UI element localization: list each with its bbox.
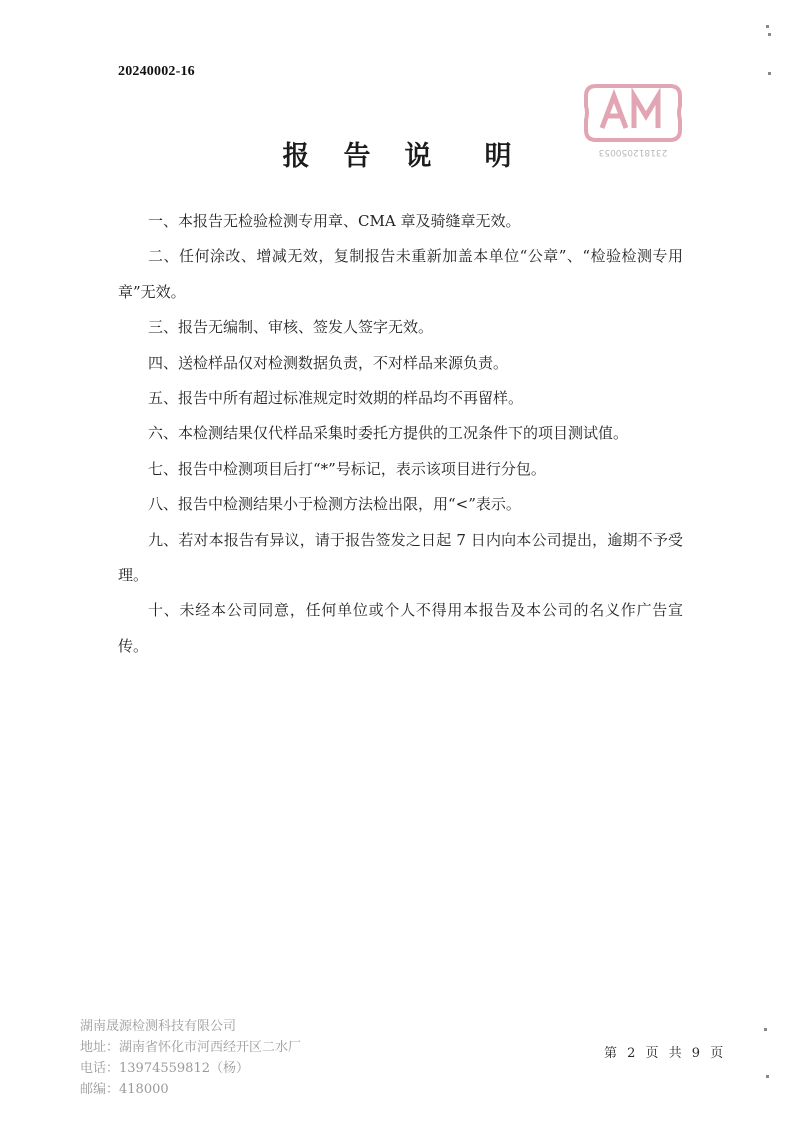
report-number: 20240002-16 <box>118 64 195 80</box>
document-page: 20240002-16 231812050053 报告说明 一、本报告无检验检测… <box>0 0 794 1123</box>
company-name: 湖南晟源检测科技有限公司 <box>80 1016 301 1037</box>
note-item: 三、报告无编制、审核、签发人签字无效。 <box>118 310 683 345</box>
note-item: 十、未经本公司同意，任何单位或个人不得用本报告及本公司的名义作广告宣传。 <box>118 593 683 664</box>
scan-mark <box>766 25 769 28</box>
company-info: 湖南晟源检测科技有限公司 地址：湖南省怀化市河西经开区二水厂 电话：139745… <box>80 1016 301 1100</box>
company-phone: 电话：13974559812（杨） <box>80 1058 301 1079</box>
company-postcode: 邮编：418000 <box>80 1079 301 1100</box>
title-char: 说 <box>405 134 432 173</box>
note-item: 四、送检样品仅对检测数据负责，不对样品来源负责。 <box>118 346 683 381</box>
note-item: 七、报告中检测项目后打“*”号标记，表示该项目进行分包。 <box>118 452 683 487</box>
title-char: 明 <box>485 134 512 173</box>
note-item: 六、本检测结果仅代样品采集时委托方提供的工况条件下的项目测试值。 <box>118 416 683 451</box>
note-item: 五、报告中所有超过标准规定时效期的样品均不再留样。 <box>118 381 683 416</box>
company-address: 地址：湖南省怀化市河西经开区二水厂 <box>80 1037 301 1058</box>
note-item: 二、任何涂改、增减无效，复制报告未重新加盖本单位“公章”、“检验检测专用章”无效… <box>118 239 683 310</box>
note-item: 九、若对本报告有异议，请于报告签发之日起 7 日内向本公司提出，逾期不予受理。 <box>118 523 683 594</box>
page-title: 报告说明 <box>0 134 794 173</box>
title-char: 告 <box>344 134 371 173</box>
scan-mark <box>766 1075 769 1078</box>
scan-mark <box>764 1028 767 1031</box>
title-char: 报 <box>283 134 310 173</box>
page-indicator: 第 2 页 共 9 页 <box>604 1042 726 1061</box>
scan-mark <box>768 72 771 75</box>
note-item: 八、报告中检测结果小于检测方法检出限，用“<”表示。 <box>118 487 683 522</box>
notes-list: 一、本报告无检验检测专用章、CMA 章及骑缝章无效。 二、任何涂改、增减无效，复… <box>118 204 683 664</box>
scan-mark <box>768 33 771 36</box>
note-item: 一、本报告无检验检测专用章、CMA 章及骑缝章无效。 <box>118 204 683 239</box>
